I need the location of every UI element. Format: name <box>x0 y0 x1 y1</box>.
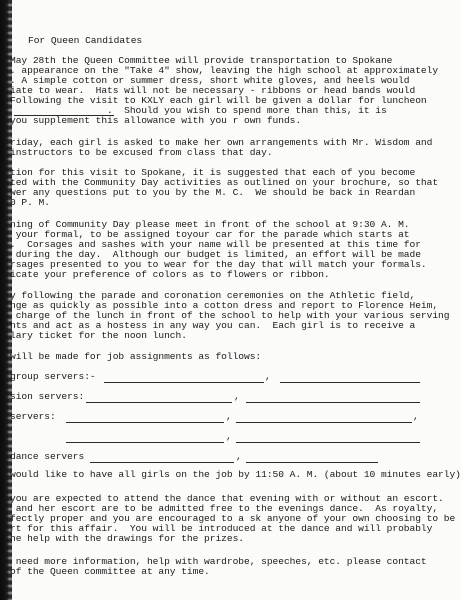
group-servers-blank-1 <box>104 375 264 383</box>
comma: , <box>265 372 271 382</box>
servers-blank-3 <box>66 435 224 443</box>
paragraph-lunch-line: lary ticket for the noon lunch. <box>10 331 187 341</box>
paragraph-community-day-line: icate your preference of colors as to fl… <box>10 270 330 280</box>
comma: , <box>226 432 232 442</box>
comma: , <box>234 392 240 402</box>
sion-servers-blank-1 <box>86 395 232 403</box>
comma: , <box>413 412 419 422</box>
group-servers-blank-2 <box>280 375 420 383</box>
comma: , <box>236 452 242 462</box>
assignments-time-note: would like to have all girls on the job … <box>10 470 461 480</box>
servers-blank-1 <box>66 415 224 423</box>
dance-servers-blank-2 <box>246 455 378 463</box>
paragraph-preparation-line: wer any questions put to you by the M. C… <box>10 188 415 198</box>
servers-blank-2 <box>236 415 412 423</box>
servers-blank-4 <box>236 435 420 443</box>
paragraph-friday-line: instructors to be excused from class tha… <box>10 148 273 158</box>
assignment-label-group-servers: group servers:- <box>10 372 96 382</box>
dance-servers-blank-1 <box>90 455 234 463</box>
typewritten-document-page: For Queen Candidates May 28th the Queen … <box>0 0 461 600</box>
paragraph-transport-line: you supplement this allowance with you r… <box>10 116 301 126</box>
assignments-intro: will be made for job assignments as foll… <box>10 352 261 362</box>
assignment-label-dance-servers: dance servers <box>10 452 84 462</box>
paragraph-preparation-line: 0 P. M. <box>10 198 50 208</box>
document-heading: For Queen Candidates <box>28 36 142 46</box>
comma: , <box>226 412 232 422</box>
assignment-label-servers: servers: <box>10 412 56 422</box>
paragraph-closing-line: of the Queen committee at any time. <box>10 567 210 577</box>
paragraph-dance-line: he help with the drawings for the prizes… <box>10 534 244 544</box>
assignment-label-sion-servers: sion servers: <box>10 392 84 402</box>
sion-servers-blank-2 <box>246 395 420 403</box>
